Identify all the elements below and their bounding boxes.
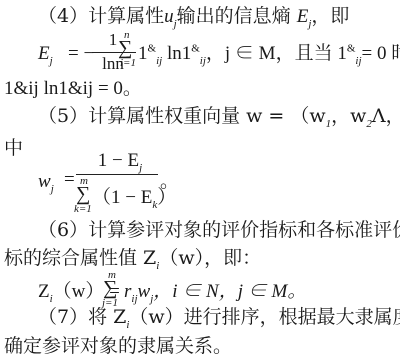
- f1-lhs-E: E: [38, 43, 50, 64]
- step-6-line-1: （6）计算参评对象的评价指标和各标准评价指: [38, 218, 400, 242]
- var-E: E: [297, 6, 309, 27]
- f2-num: 1 − Ej: [80, 150, 160, 172]
- f1-lhs: Ej: [38, 42, 53, 66]
- step-5-heading: （5）计算属性权重向量 w = （w1，w2Λ，wm），其: [38, 104, 400, 128]
- f1-cond2: = 0 时，规定: [362, 43, 400, 64]
- f2-lhs: wj: [38, 170, 54, 194]
- step-4-label: （4）计算属性: [38, 5, 164, 27]
- f2-den: （1 − Ek）: [92, 186, 176, 210]
- f1-term-sub: ij: [156, 55, 162, 67]
- sigma-icon: ∑: [103, 278, 117, 298]
- f1-term-1: 1: [138, 43, 148, 64]
- step-6-line-2-text: 标的综合属性值 Z: [4, 247, 156, 269]
- f2-den-text: （1 − E: [92, 187, 152, 208]
- step-7-line-2: 确定参评对象的隶属关系。: [4, 334, 232, 358]
- f2-num-text: 1 − E: [98, 150, 139, 171]
- f2-lhs-sub: j: [51, 183, 54, 195]
- step-4-heading: （4）计算属性uj输出的信息熵 Ej，即: [38, 4, 349, 29]
- f1-cond: ，j ∈ M，且当 1: [206, 43, 347, 64]
- f1-sum-bot: i=1: [120, 58, 136, 69]
- f1-continuation: 1&ij ln1&ij = 0。: [4, 77, 142, 101]
- step-7-b: （w）进行排序，根据最大隶属度原则，: [129, 306, 400, 328]
- step-6-tail: （w），即：: [159, 247, 261, 269]
- step-5-text: （5）计算属性权重向量 w = （w: [38, 105, 326, 127]
- step-5-continuation: 中: [4, 136, 23, 160]
- f1-lhs-sub: j: [50, 55, 53, 67]
- f2-frac-bar: [76, 174, 158, 175]
- f2-eq: =: [64, 168, 75, 192]
- step-5-mid2: Λ，w: [372, 105, 400, 127]
- f2-lhs-w: w: [38, 171, 51, 192]
- f1-term-sup: &: [148, 43, 157, 55]
- f1-term: 1&ij ln1&ij，j ∈ M，且当 1&ij= 0 时，规定: [138, 42, 400, 66]
- f1-cond-sup: &: [347, 43, 356, 55]
- step-7-line-1: （7）将 Zi（w）进行排序，根据最大隶属度原则，: [38, 305, 400, 329]
- step-4-text: 输出的信息熵: [177, 5, 291, 27]
- f3-cond: ，i ∈ N，j ∈ M。: [153, 281, 306, 302]
- step-5-mid: ，w: [331, 105, 366, 127]
- f3-lhs-Z: Z: [38, 281, 50, 302]
- f2-num-sub: j: [139, 162, 142, 174]
- f3-term: rijwj，i ∈ N，j ∈ M。: [124, 280, 306, 304]
- var-u: u: [164, 6, 174, 27]
- f2-den-tail: ）: [157, 187, 176, 208]
- f1-ln: ln1: [167, 43, 191, 64]
- sigma-icon: ∑: [76, 184, 90, 204]
- step-6-line-2: 标的综合属性值 Zi（w），即：: [4, 246, 261, 270]
- f3-w: w: [138, 281, 151, 302]
- step-7-a: （7）将 Z: [38, 306, 126, 328]
- sigma-icon: ∑: [118, 38, 132, 58]
- f2-sum-bot: k=1: [74, 204, 92, 215]
- step-4-tail: ，即: [311, 5, 349, 27]
- f1-ln-sup: &: [191, 43, 200, 55]
